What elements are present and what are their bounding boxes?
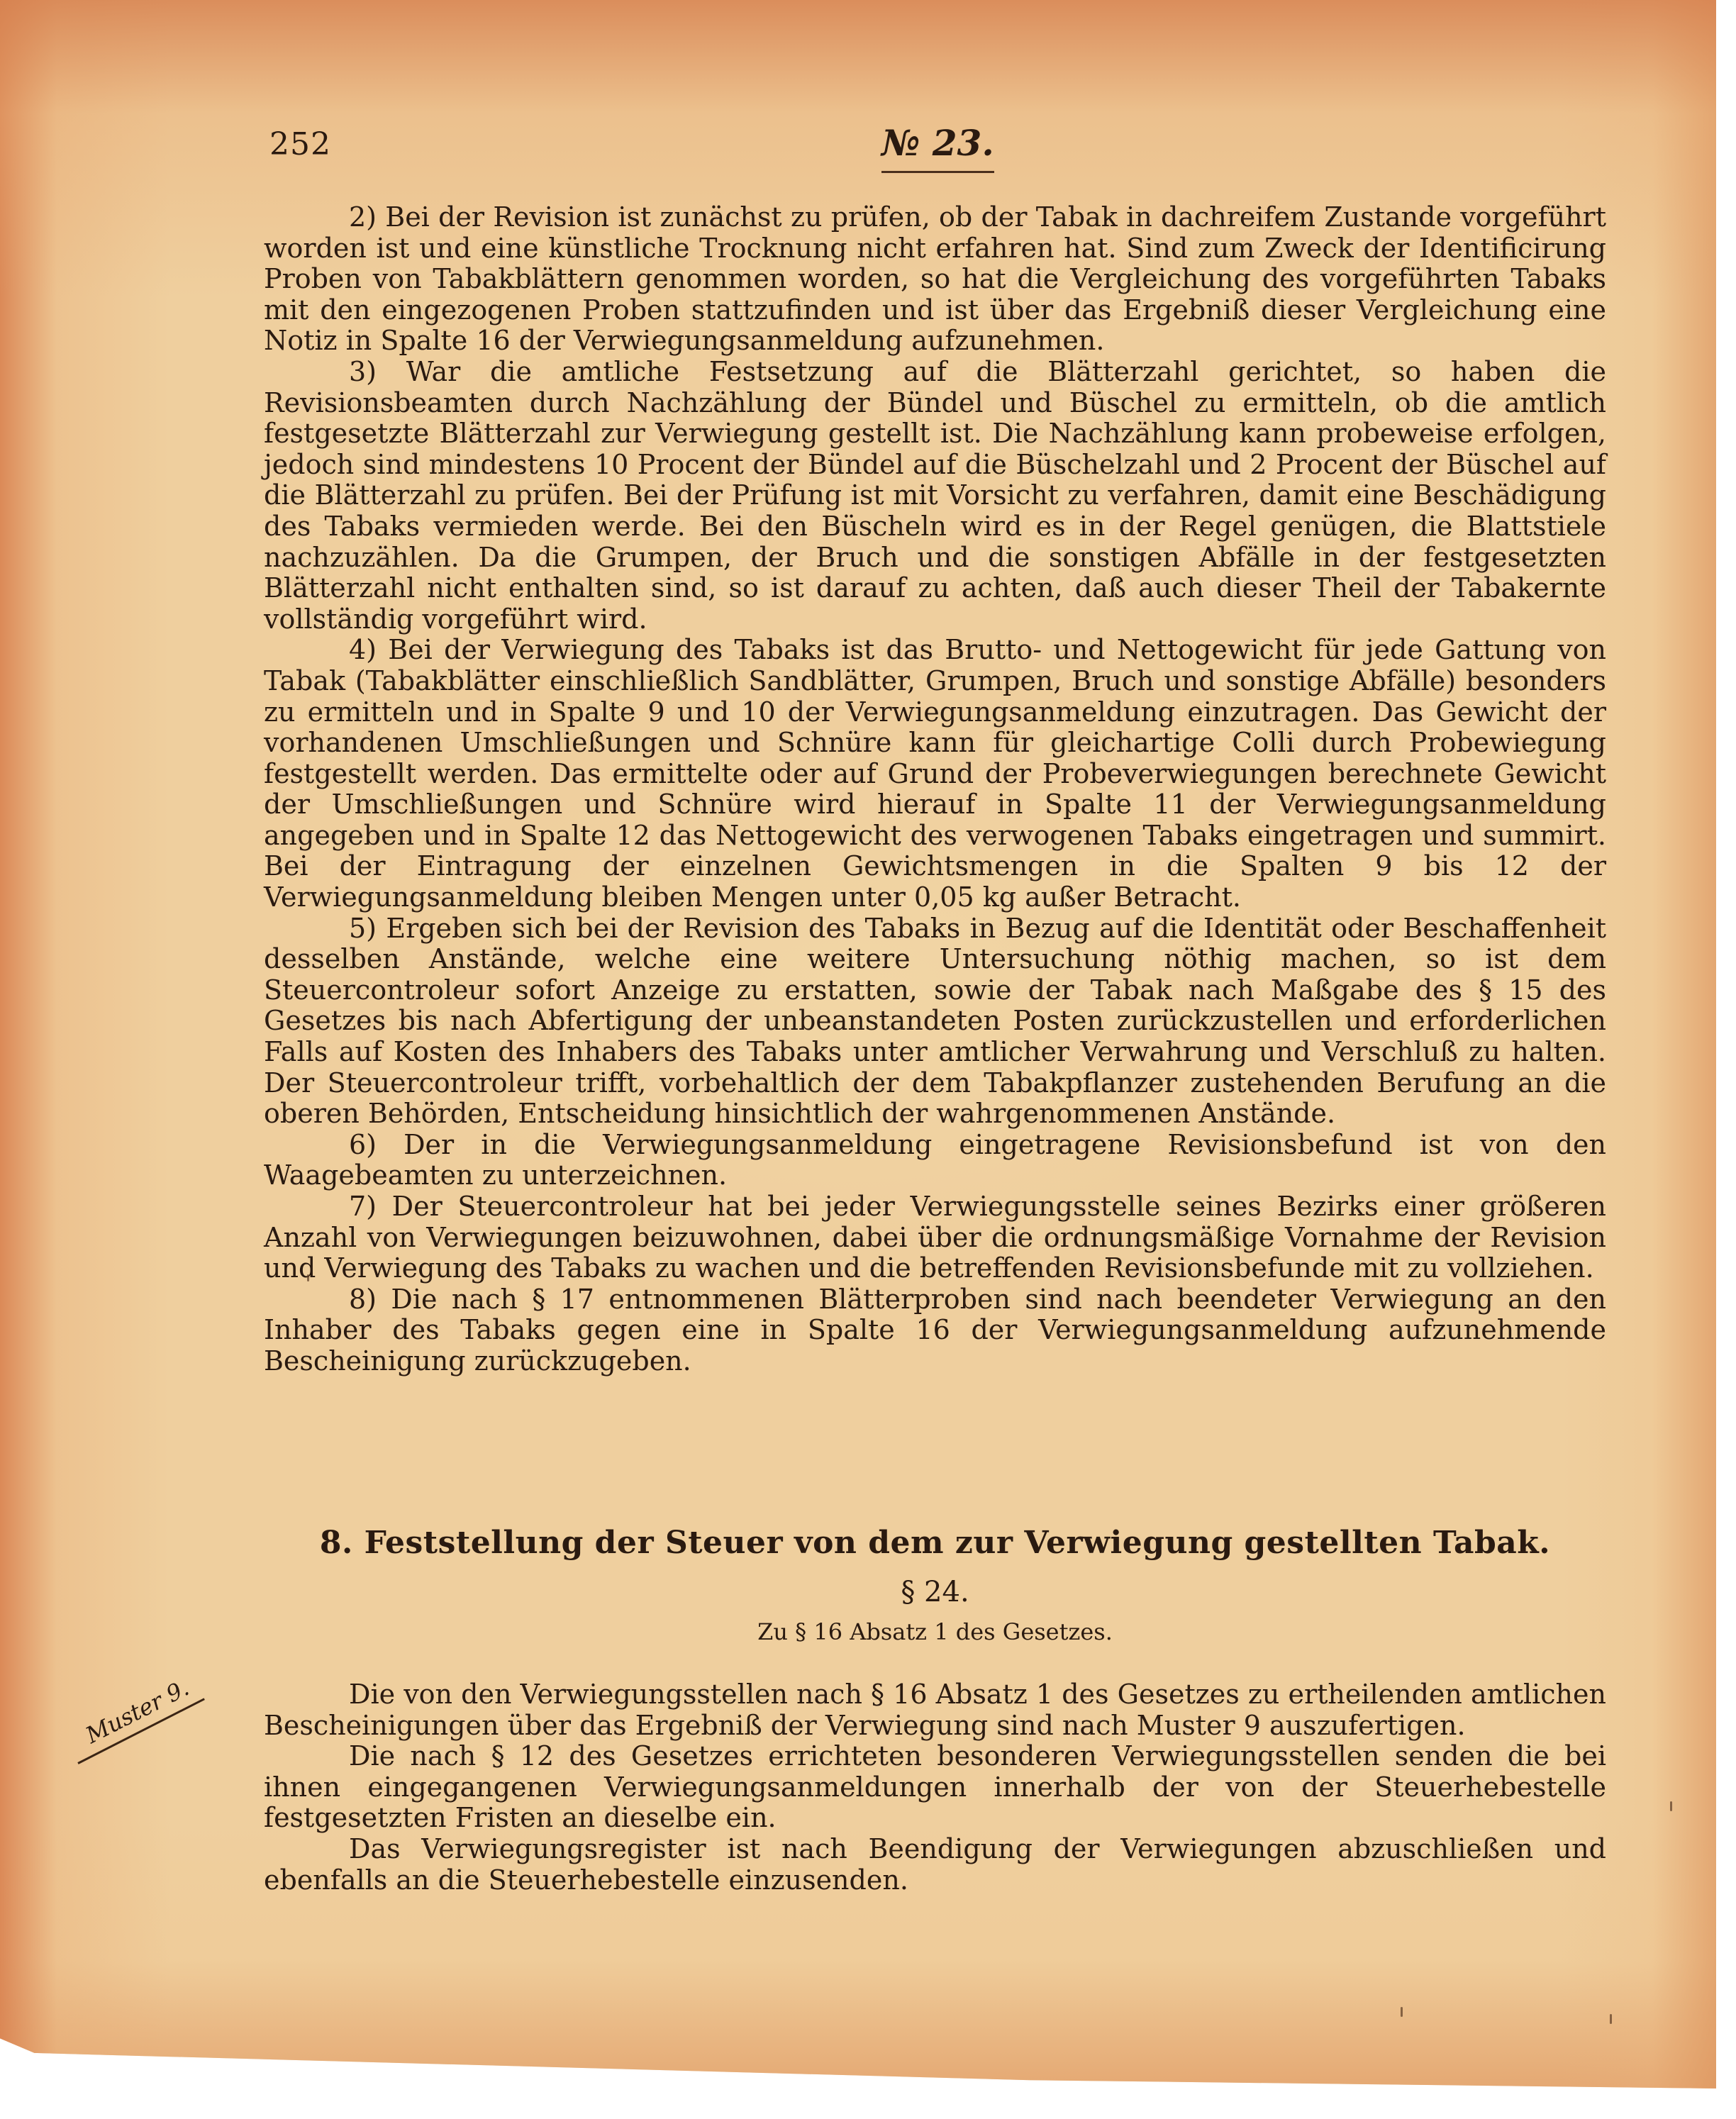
regulation-body: 2) Bei der Revision ist zunächst zu prüf… [264,202,1606,1377]
law-reference: Zu § 16 Absatz 1 des Gesetzes. [264,1618,1606,1645]
paragraph-5: 5) Ergeben sich bei der Revision des Tab… [264,913,1606,1130]
section-paragraph: Die von den Verwiegungsstellen nach § 16… [264,1679,1606,1741]
page-number: 252 [269,126,331,162]
paragraph-4: 4) Bei der Verwiegung des Tabaks ist das… [264,635,1606,913]
paper-speck [1401,2007,1403,2017]
paragraph-3: 3) War die amtliche Festsetzung auf die … [264,357,1606,635]
paragraph-8: 8) Die nach § 17 entnommenen Blätterprob… [264,1284,1606,1377]
paragraph-2: 2) Bei der Revision ist zunächst zu prüf… [264,202,1606,357]
section-paragraph: Die nach § 12 des Gesetzes errichteten b… [264,1741,1606,1834]
issue-number: № 23. [881,122,994,173]
paragraph-6: 6) Der in die Verwiegungsanmeldung einge… [264,1130,1606,1191]
scanned-page: 252 № 23. 2) Bei der Revision ist zunäch… [0,0,1716,2089]
paper-speck [1610,2014,1612,2024]
paragraph-7: 7) Der Steuercontroleur hat bei jeder Ve… [264,1191,1606,1284]
section-paragraph: Das Verwiegungsregister ist nach Beendig… [264,1834,1606,1896]
section-body: Die von den Verwiegungsstellen nach § 16… [264,1679,1606,1896]
paper-speck [1670,1801,1672,1811]
section-heading: 8. Feststellung der Steuer von dem zur V… [264,1525,1606,1561]
paragraph-mark: § 24. [264,1576,1606,1608]
paper-speck [307,1274,309,1281]
